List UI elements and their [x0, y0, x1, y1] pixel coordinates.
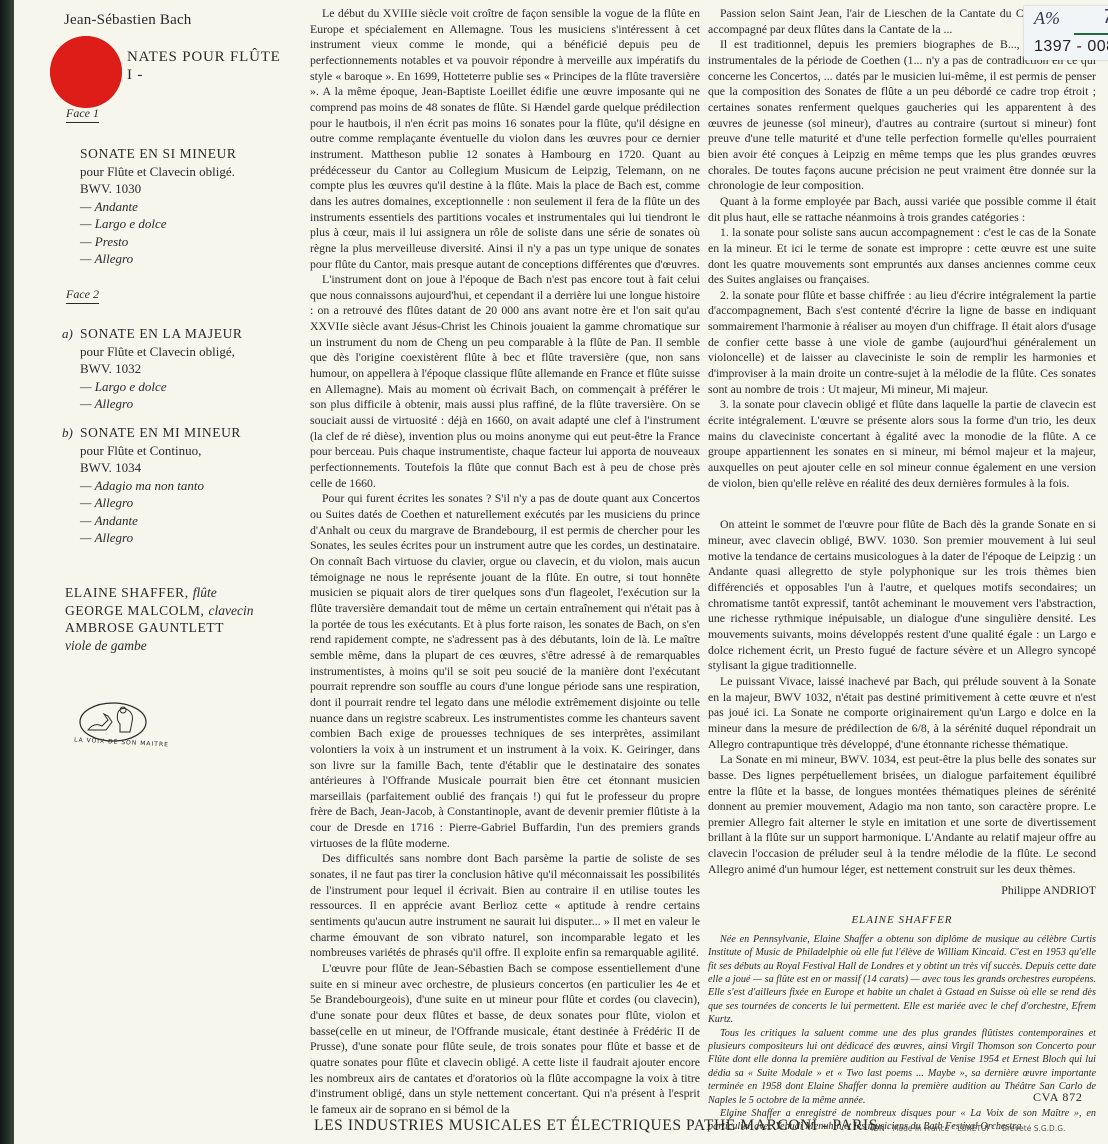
work-title: SONATE EN LA MAJEUR [80, 325, 243, 343]
paragraph: Née en Pennsylvanie, Elaine Shaffer a ob… [708, 933, 1096, 1027]
tracklist-column: Jean-Sébastien Bach NATES POUR FLÛTE I -… [14, 0, 299, 1144]
paragraph: Le puissant Vivace, laissé inachevé par … [708, 674, 1096, 752]
performer: GEORGE MALCOLM, clavecin [65, 602, 253, 620]
paragraph: Quant à la forme employée par Bach, auss… [708, 194, 1096, 225]
performer: viole de gambe [65, 637, 253, 655]
liner-notes-column-1: Le début du XVIIIe siècle voit croître d… [310, 6, 700, 1118]
work-instrumentation: pour Flûte et Clavecin obligé. [80, 163, 237, 181]
handwritten-note: A% [1034, 8, 1060, 29]
paragraph: 3. la sonate pour clavecin obligé et flû… [708, 397, 1096, 491]
work-letter: a) [62, 325, 73, 343]
movement: — Andante [80, 512, 241, 530]
paragraph: L'œuvre pour flûte de Jean-Sébastien Bac… [310, 961, 700, 1118]
performer: ELAINE SHAFFER, flûte [65, 584, 253, 602]
paragraph: La Sonate en mi mineur, BWV. 1034, est p… [708, 752, 1096, 877]
paragraph: Le début du XVIIIe siècle voit croître d… [310, 6, 700, 272]
performer: AMBROSE GAUNTLETT [65, 619, 253, 637]
album-volume: I - [127, 67, 143, 84]
face-1-label: Face 1 [66, 106, 99, 123]
handwritten-number: 7 [1103, 6, 1108, 29]
movement: — Presto [80, 233, 237, 251]
publisher-line: LES INDUSTRIES MUSICALES ET ÉLECTRIQUES … [314, 1117, 878, 1135]
catalog-number: CVA 872 [1033, 1090, 1083, 1105]
work-letter: b) [62, 424, 73, 442]
work-bwv: BWV. 1030 [80, 180, 237, 198]
movement: — Adagio ma non tanto [80, 477, 241, 495]
movement: — Allegro [80, 250, 237, 268]
album-title: NATES POUR FLÛTE [127, 49, 281, 66]
red-dot-sticker [50, 36, 122, 108]
paragraph: L'instrument dont on joue à l'époque de … [310, 272, 700, 491]
work-instrumentation: pour Flûte et Continuo, [80, 442, 241, 460]
work-bwv: BWV. 1032 [80, 360, 243, 378]
movement: — Andante [80, 198, 237, 216]
work-title: SONATE EN MI MINEUR [80, 424, 241, 442]
movement: — Allegro [80, 494, 241, 512]
paragraph: On atteint le sommet de l'œuvre pour flû… [708, 517, 1096, 674]
liner-notes-column-2: Passion selon Saint Jean, l'air de Liesc… [708, 6, 1096, 1134]
work-bwv: BWV. 1034 [80, 459, 241, 477]
paragraph: Il est traditionnel, depuis les premiers… [708, 37, 1096, 194]
face-2-label: Face 2 [66, 287, 99, 304]
spacer [708, 491, 1096, 517]
inventory-sticker: A% 7 1397 - 008 [1024, 6, 1108, 60]
record-sleeve-back: Jean-Sébastien Bach NATES POUR FLÛTE I -… [14, 0, 1108, 1144]
record-sleeve-spine [0, 0, 14, 1144]
work-instrumentation: pour Flûte et Clavecin obligé, [80, 343, 243, 361]
movement: — Allegro [80, 395, 243, 413]
movement: — Allegro [80, 529, 241, 547]
work-bwv-1030: SONATE EN SI MINEUR pour Flûte et Clavec… [80, 145, 237, 268]
paragraph: 1. la sonate pour soliste sans aucun acc… [708, 225, 1096, 288]
inventory-code: 1397 - 008 [1034, 38, 1108, 56]
work-title: SONATE EN SI MINEUR [80, 145, 237, 163]
movement: — Largo e dolce [80, 215, 237, 233]
performers-list: ELAINE SHAFFER, flûte GEORGE MALCOLM, cl… [65, 584, 253, 654]
paragraph: Des difficultés sans nombre dont Bach pa… [310, 851, 700, 961]
movement: — Largo e dolce [80, 378, 243, 396]
paragraph: Pour qui furent écrites les sonates ? S'… [310, 491, 700, 851]
manufacturing-fineprint: IDN - Made in France " LUXETUI " - Breve… [871, 1124, 1065, 1133]
sticker-underline [1074, 33, 1108, 35]
author-signature: Philippe ANDRIOT [708, 883, 1096, 899]
composer-name: Jean-Sébastien Bach [64, 12, 192, 29]
paragraph: 2. la sonate pour flûte et basse chiffré… [708, 288, 1096, 398]
biography-title: ELAINE SHAFFER [708, 913, 1096, 929]
work-bwv-1032: a) SONATE EN LA MAJEUR pour Flûte et Cla… [80, 325, 243, 413]
work-bwv-1034: b) SONATE EN MI MINEUR pour Flûte et Con… [80, 424, 241, 547]
